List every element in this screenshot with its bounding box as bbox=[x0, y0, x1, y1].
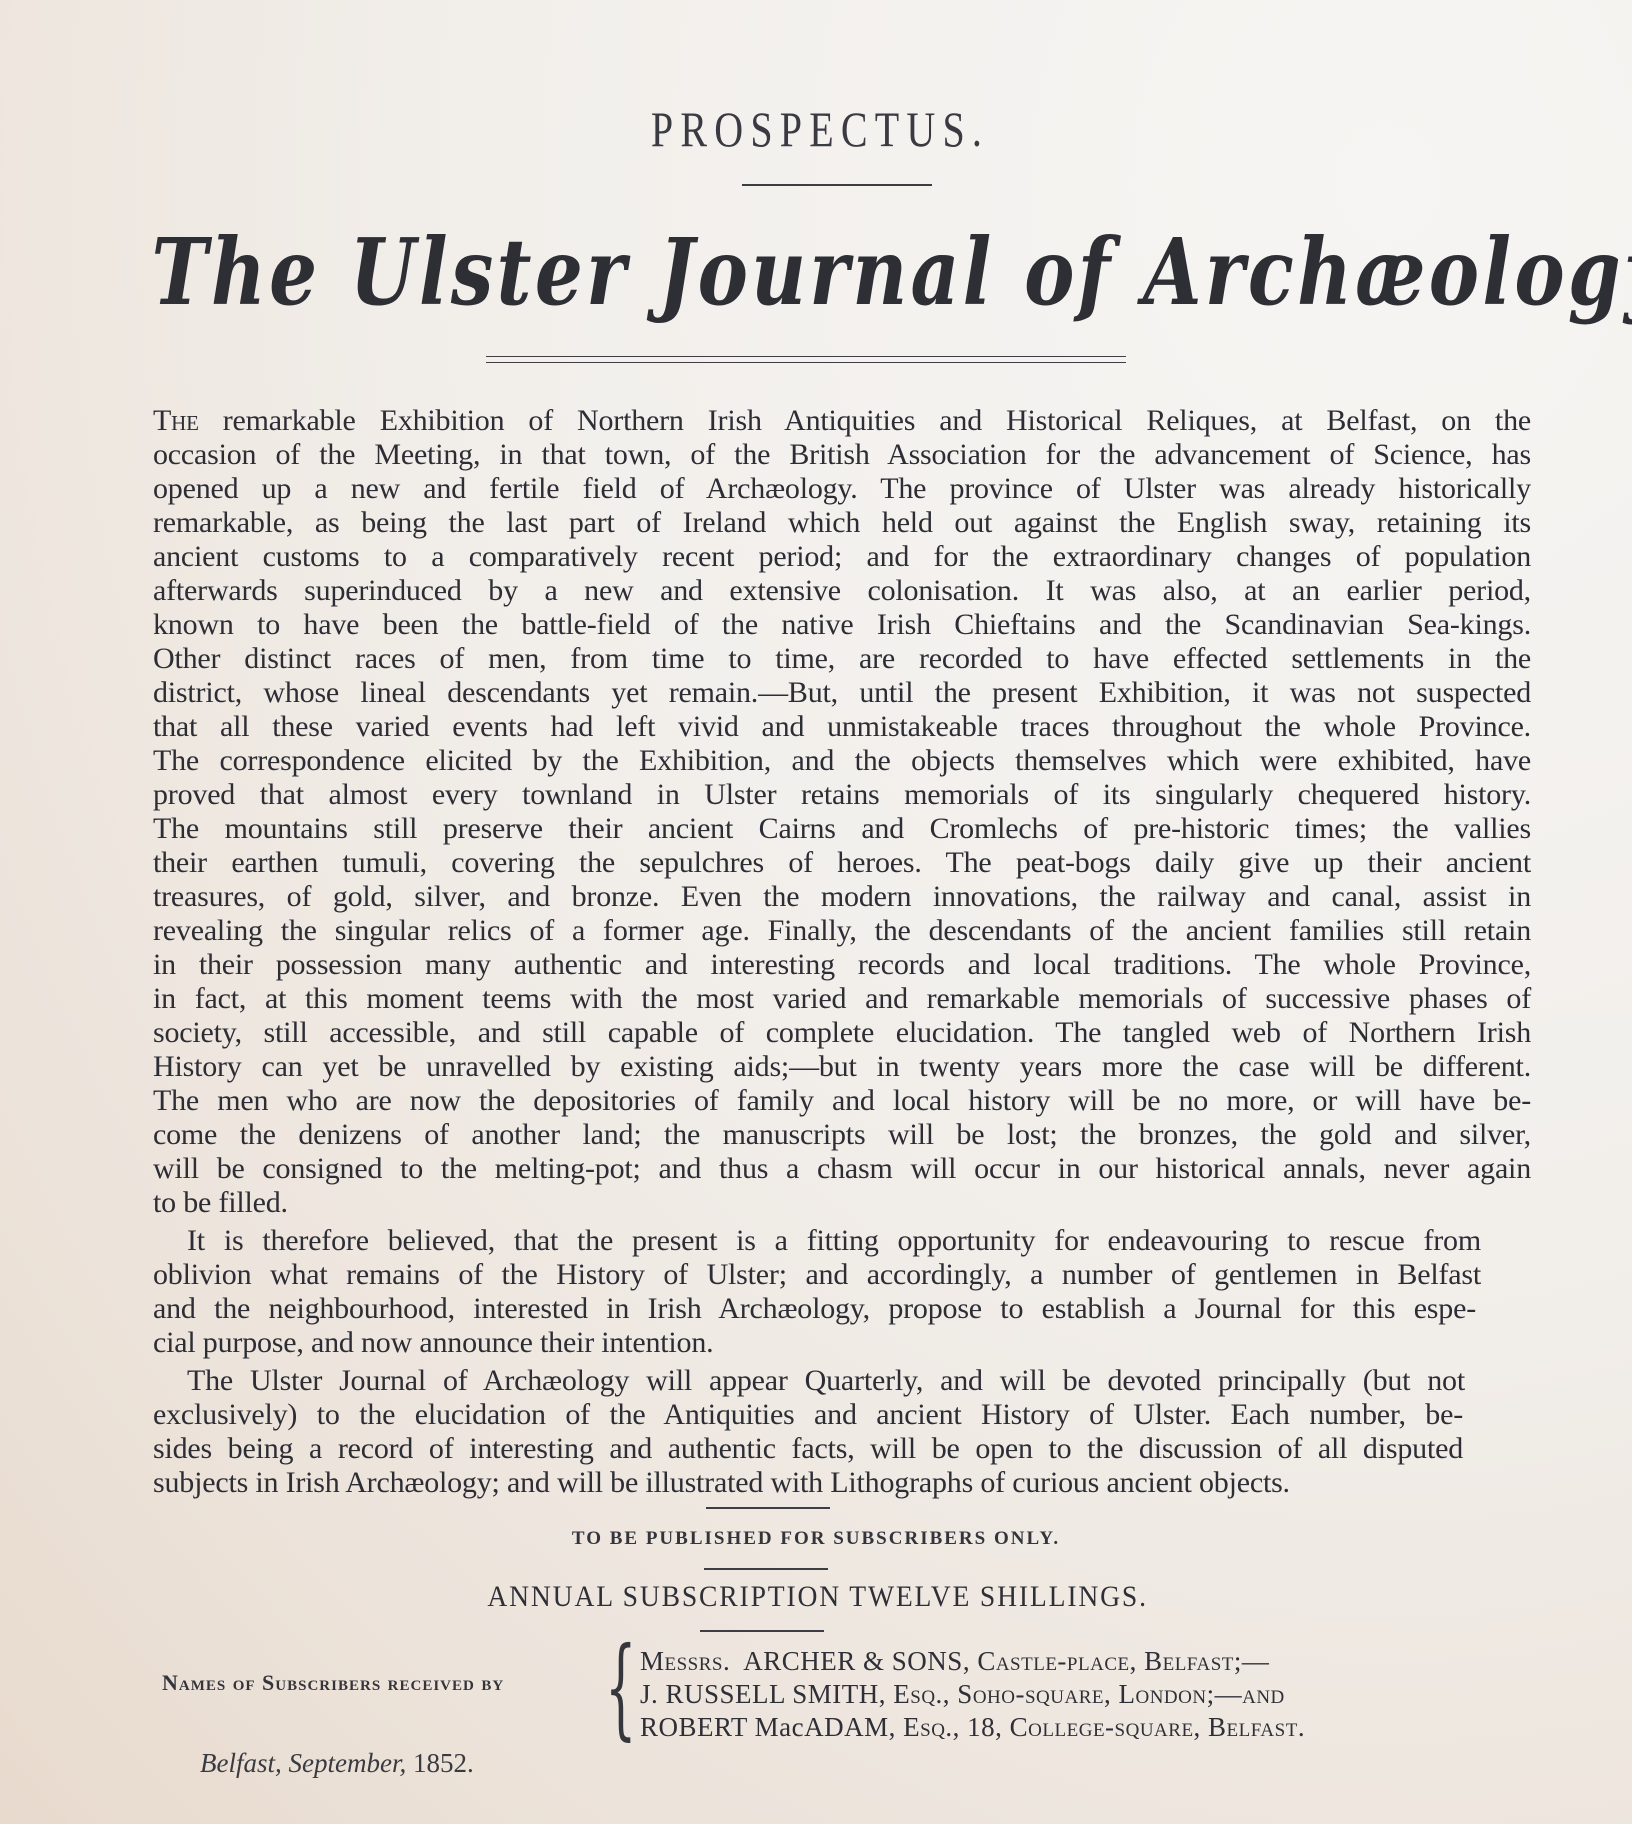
title-double-rule-top bbox=[486, 356, 1126, 357]
paragraph-line: sides being a record of interesting and … bbox=[153, 1432, 1463, 1466]
paragraph-line: exclusively) to the elucidation of the A… bbox=[153, 1398, 1463, 1432]
heading-rule bbox=[742, 184, 932, 186]
publication-notice: TO BE PUBLISHED FOR SUBSCRIBERS ONLY. bbox=[0, 1528, 1632, 1550]
paragraph-line: Other distinct races of men, from time t… bbox=[153, 642, 1531, 676]
section-rule bbox=[700, 1630, 824, 1632]
paragraph-line: and the neighbourhood, interested in Iri… bbox=[153, 1292, 1476, 1326]
paragraph-line: remarkable, as being the last part of Ir… bbox=[153, 506, 1531, 540]
paragraph-line: The Ulster Journal of Archæology will ap… bbox=[187, 1364, 1465, 1398]
paragraph-line: opened up a new and fertile field of Arc… bbox=[153, 472, 1531, 506]
paragraph-line: The men who are now the depositories of … bbox=[153, 1084, 1531, 1118]
paragraph-line: their earthen tumuli, covering the sepul… bbox=[153, 846, 1531, 880]
paragraph-line: occasion of the Meeting, in that town, o… bbox=[153, 438, 1531, 472]
journal-title: The Ulster Journal of Archæology. bbox=[152, 218, 1490, 326]
prospectus-page: PROSPECTUS. The Ulster Journal of Archæo… bbox=[0, 0, 1632, 1824]
paragraph-line: come the denizens of another land; the m… bbox=[153, 1118, 1531, 1152]
paragraph-line: society, still accessible, and still cap… bbox=[153, 1016, 1531, 1050]
paragraph-line: The mountains still preserve their ancie… bbox=[153, 812, 1531, 846]
paragraph-line: known to have been the battle-field of t… bbox=[153, 608, 1531, 642]
paragraph-line: revealing the singular relics of a forme… bbox=[153, 914, 1531, 948]
place-date: Belfast, September, 1852. bbox=[200, 1748, 474, 1779]
paragraph-line: proved that almost every townland in Uls… bbox=[153, 778, 1531, 812]
section-rule bbox=[706, 1507, 830, 1509]
paragraph-line: The correspondence elicited by the Exhib… bbox=[153, 744, 1531, 778]
paragraph-line: district, whose lineal descendants yet r… bbox=[153, 676, 1531, 710]
paragraph-line: in fact, at this moment teems with the m… bbox=[153, 982, 1531, 1016]
section-rule bbox=[704, 1568, 828, 1570]
paragraph-line: ancient customs to a comparatively recen… bbox=[153, 540, 1531, 574]
paragraph-line: that all these varied events had left vi… bbox=[153, 710, 1531, 744]
paragraph-line: oblivion what remains of the History of … bbox=[153, 1258, 1481, 1292]
agent-macadam: ROBERT MacADAM, Esq., 18, College-square… bbox=[640, 1712, 1305, 1743]
paragraph-line: afterwards superinduced by a new and ext… bbox=[153, 574, 1531, 608]
paragraph-line: It is therefore believed, that the prese… bbox=[187, 1224, 1481, 1258]
paragraph-line: The remarkable Exhibition of Northern Ir… bbox=[153, 404, 1531, 438]
paragraph-line: History can yet be unravelled by existin… bbox=[153, 1050, 1531, 1084]
paragraph-line: subjects in Irish Archæology; and will b… bbox=[153, 1466, 1531, 1500]
agent-archer: Messrs. ARCHER & SONS, Castle-place, Bel… bbox=[640, 1646, 1269, 1677]
subscription-price: ANNUAL SUBSCRIPTION TWELVE SHILLINGS. bbox=[67, 1580, 1568, 1614]
prospectus-heading: PROSPECTUS. bbox=[167, 100, 1473, 158]
brace-glyph: { bbox=[605, 1632, 637, 1742]
paragraph-line: in their possession many authentic and i… bbox=[153, 948, 1531, 982]
lead-small-caps: The bbox=[153, 404, 199, 437]
paragraph-line: will be consigned to the melting-pot; an… bbox=[153, 1152, 1531, 1186]
paragraph-line: cial purpose, and now announce their int… bbox=[153, 1326, 1531, 1360]
paragraph-line: to be filled. bbox=[153, 1186, 1531, 1220]
subscribers-label: Names of Subscribers received by bbox=[162, 1670, 504, 1696]
title-double-rule-bottom bbox=[486, 362, 1126, 363]
agent-smith: J. RUSSELL SMITH, Esq., Soho-square, Lon… bbox=[640, 1679, 1285, 1710]
paragraph-line: treasures, of gold, silver, and bronze. … bbox=[153, 880, 1531, 914]
